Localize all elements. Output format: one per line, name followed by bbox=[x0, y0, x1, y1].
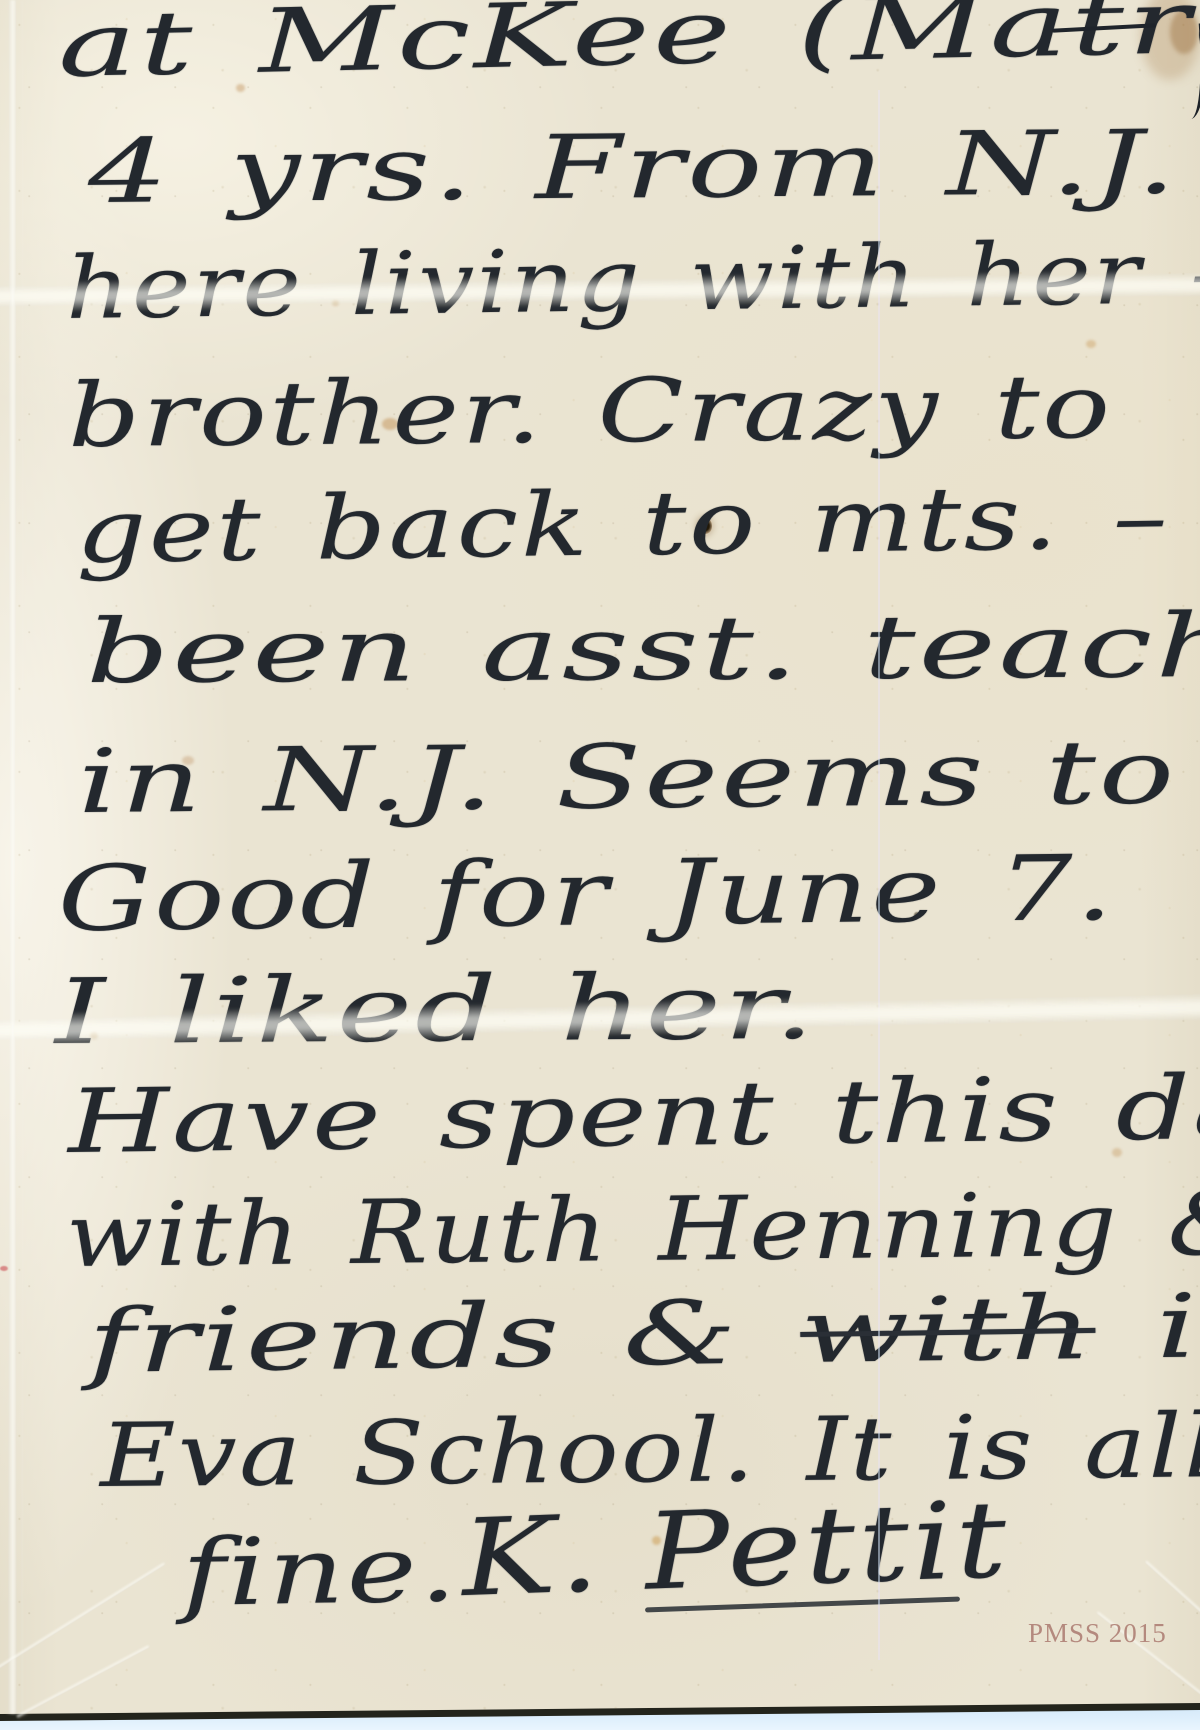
struck-word: with bbox=[800, 1276, 1097, 1383]
handwriting-line: brother. Crazy to bbox=[68, 363, 1113, 460]
handwriting-text: with Ruth Henning & his bbox=[65, 1169, 1200, 1287]
handwriting-text: friends & bbox=[87, 1280, 801, 1393]
handwriting-text: brother. Crazy to bbox=[68, 355, 1113, 467]
handwriting-line: been asst. teacher bbox=[86, 601, 1200, 696]
handwriting-line: 4 yrs. From N.J. bbox=[88, 118, 1179, 216]
handwriting-text: fine. bbox=[181, 1515, 460, 1627]
scanned-letter: at McKee (Matron)4 yrs. From N.J.here li… bbox=[0, 0, 1200, 1730]
handwriting-text: been asst. teacher bbox=[86, 593, 1200, 703]
handwriting-text: in bbox=[1095, 1273, 1200, 1379]
handwriting-text: in N.J. Seems to me bbox=[78, 718, 1200, 833]
handwriting-line: Eva School. It is all bbox=[100, 1402, 1200, 1500]
handwriting-line: Have spent this day bbox=[67, 1063, 1200, 1166]
watermark: PMSS 2015 bbox=[1028, 1618, 1167, 1649]
handwriting-text: 4 yrs. From N.J. bbox=[88, 110, 1180, 223]
handwriting-text: Have spent this day bbox=[67, 1055, 1200, 1173]
handwriting-line: fine. bbox=[181, 1523, 460, 1620]
handwriting-layer: at McKee (Matron)4 yrs. From N.J.here li… bbox=[0, 0, 1200, 1730]
handwriting-text: Good for June 7. bbox=[57, 836, 1115, 952]
handwriting-line: in N.J. Seems to me bbox=[78, 726, 1200, 826]
handwriting-line: with Ruth Henning & his bbox=[65, 1177, 1200, 1280]
handwriting-line: friends & with in bbox=[87, 1281, 1200, 1386]
fold-crease-vertical bbox=[6, 0, 22, 1714]
handwriting-line: Good for June 7. bbox=[57, 844, 1115, 945]
handwriting-text: at McKee (Matron) bbox=[57, 0, 1200, 97]
scanner-artifact-line bbox=[878, 90, 880, 1660]
handwriting-line: at McKee (Matron) bbox=[57, 0, 1200, 90]
signature: K. Pettit bbox=[460, 1487, 1012, 1612]
handwriting-text: get back to mts. – Has bbox=[75, 461, 1200, 583]
handwriting-line: get back to mts. – Has bbox=[75, 469, 1200, 576]
